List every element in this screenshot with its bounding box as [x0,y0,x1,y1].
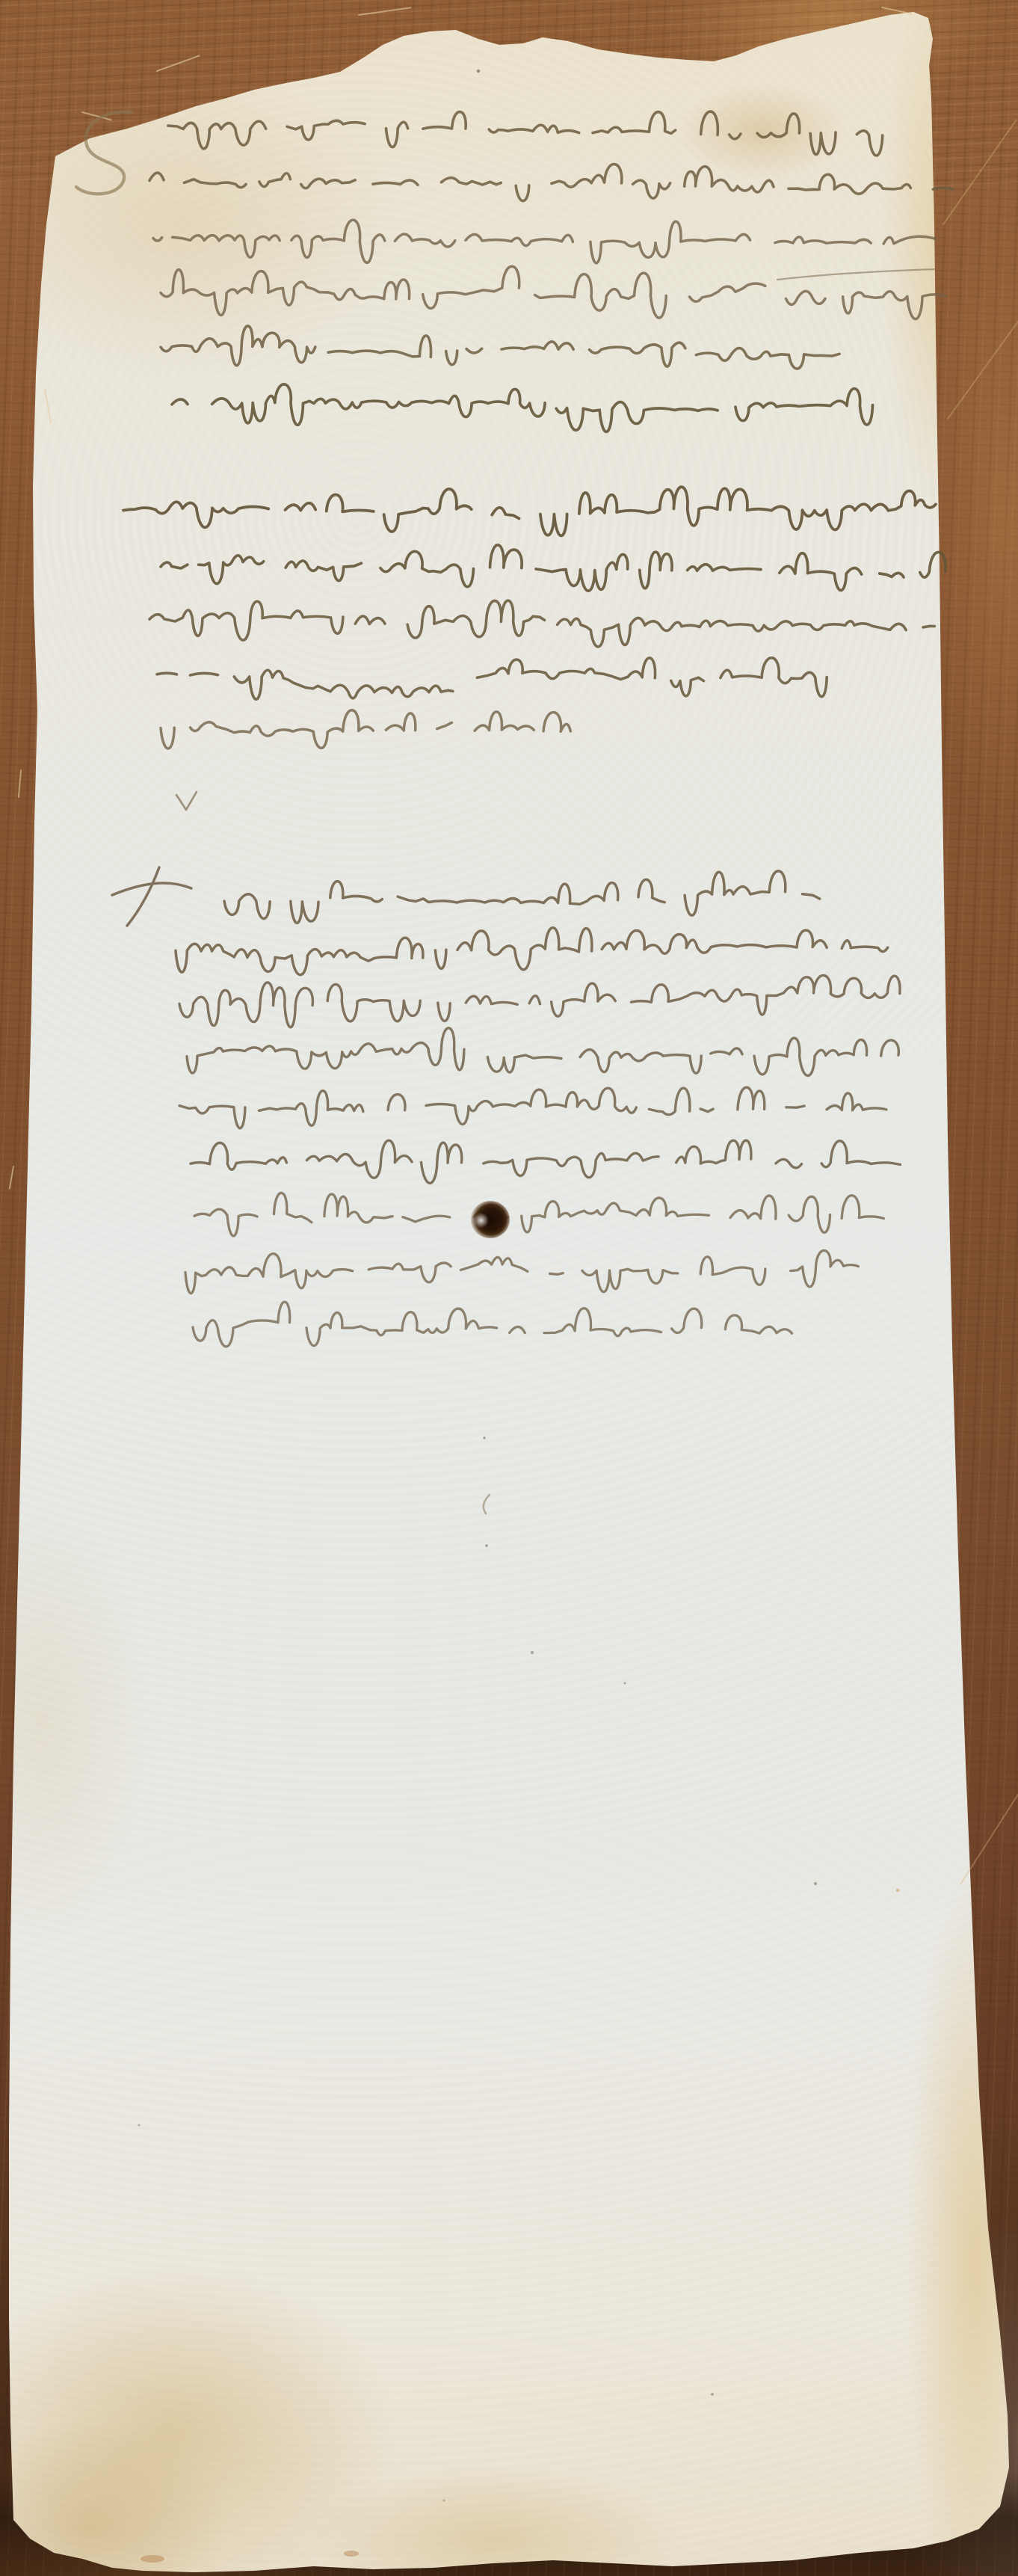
manuscript-sheet [0,0,1018,2576]
worm-hole-icon [471,1201,510,1238]
photo-scene [0,0,1018,2576]
